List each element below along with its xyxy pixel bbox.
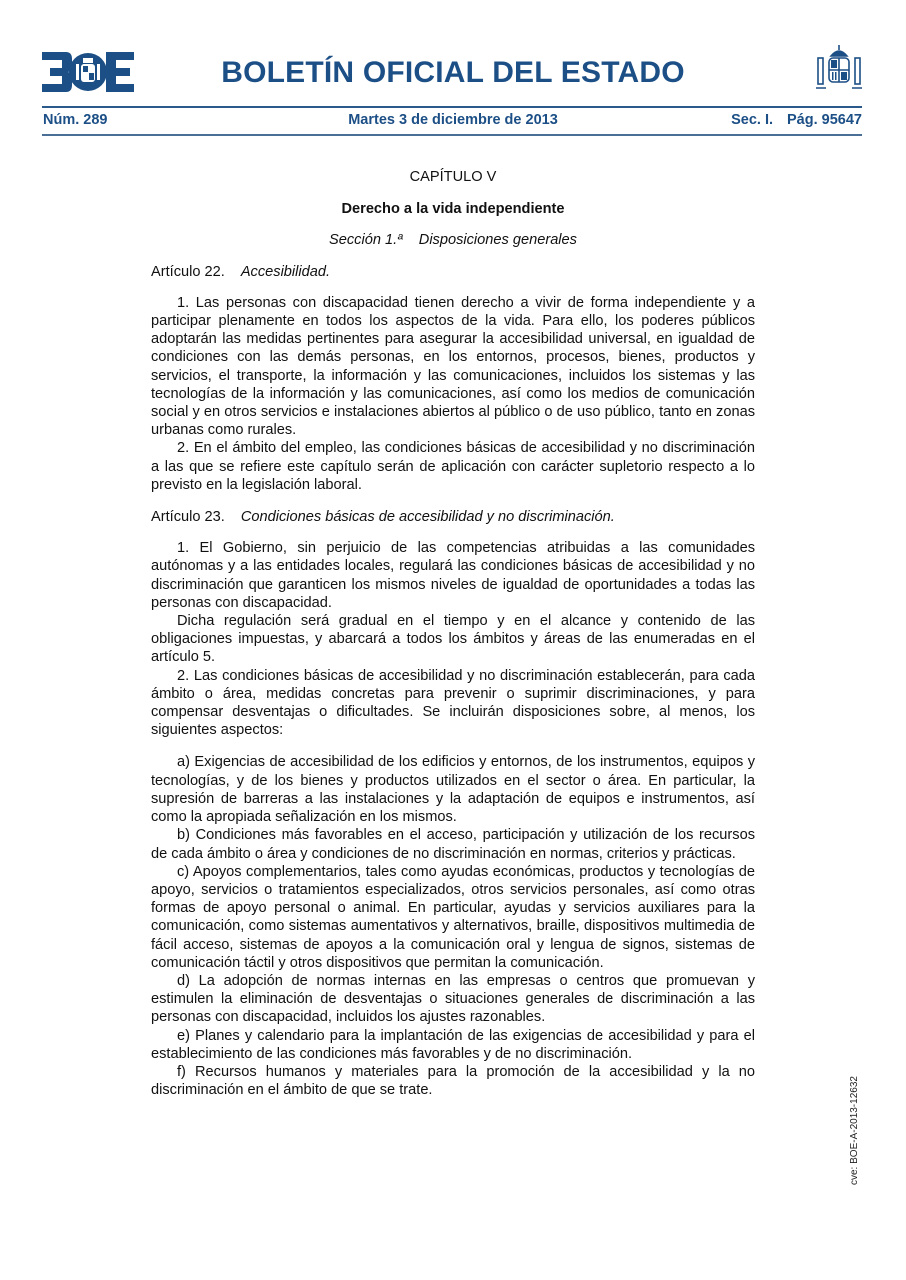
page-number: Pág. 95647 — [787, 112, 862, 128]
article-label: Artículo 23. — [151, 509, 225, 525]
list-item-b: b) Condiciones más favorables en el acce… — [151, 826, 755, 862]
section-heading: Sección 1.ª Disposiciones generales — [151, 231, 755, 249]
list-item-c: c) Apoyos complementarios, tales como ay… — [151, 863, 755, 972]
list-item-f: f) Recursos humanos y materiales para la… — [151, 1063, 755, 1099]
article-22-heading: Artículo 22.Accesibilidad. — [151, 263, 755, 281]
article-title: Condiciones básicas de accesibilidad y n… — [241, 509, 615, 525]
document-body: CAPÍTULO V Derecho a la vida independien… — [151, 168, 755, 1099]
paragraph: 1. Las personas con discapacidad tienen … — [151, 294, 755, 440]
paragraph: Dicha regulación será gradual en el tiem… — [151, 612, 755, 667]
chapter-title: Derecho a la vida independiente — [151, 200, 755, 218]
list-item-a: a) Exigencias de accesibilidad de los ed… — [151, 753, 755, 826]
paragraph: 2. Las condiciones básicas de accesibili… — [151, 667, 755, 740]
section-page-info: Sec. I.Pág. 95647 — [731, 112, 862, 128]
article-title: Accesibilidad. — [241, 264, 330, 280]
header-rule-bottom — [42, 134, 862, 136]
coat-of-arms-icon — [814, 44, 864, 96]
header-rule-top — [42, 106, 862, 108]
paragraph: 1. El Gobierno, sin perjuicio de las com… — [151, 539, 755, 612]
list-item-e: e) Planes y calendario para la implantac… — [151, 1027, 755, 1063]
list-item-d: d) La adopción de normas internas en las… — [151, 972, 755, 1027]
publication-title: BOLETÍN OFICIAL DEL ESTADO — [0, 56, 906, 90]
paragraph: 2. En el ámbito del empleo, las condicio… — [151, 439, 755, 494]
chapter-heading: CAPÍTULO V — [151, 168, 755, 186]
article-label: Artículo 22. — [151, 264, 225, 280]
cve-identifier: cve: BOE-A-2013-12632 — [849, 1076, 860, 1185]
article-23-heading: Artículo 23.Condiciones básicas de acces… — [151, 508, 755, 526]
section-label: Sec. I. — [731, 112, 773, 128]
